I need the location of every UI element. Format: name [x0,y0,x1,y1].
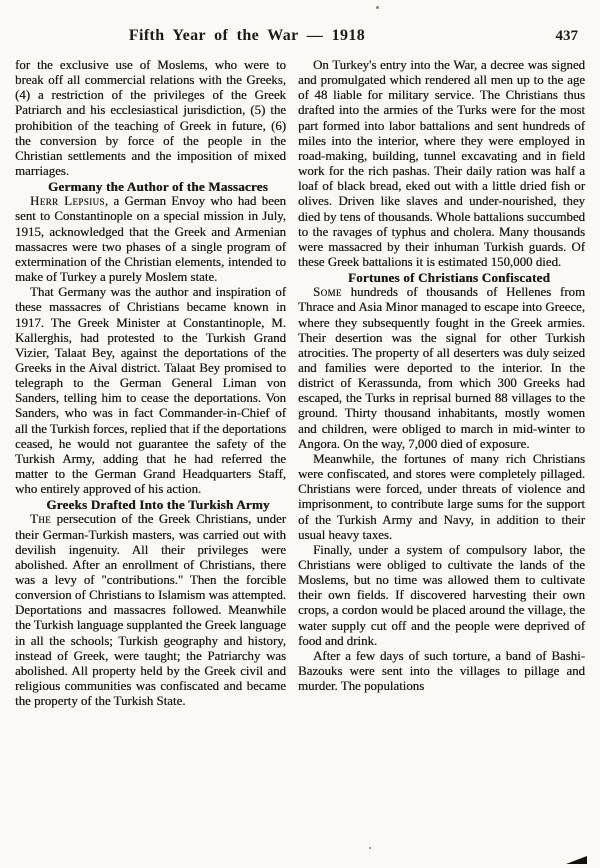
paragraph-text: hundreds of thousands of Hellenes from T… [298,285,585,451]
page-number: 437 [556,28,579,45]
running-head: Fifth Year of the War — 1918 437 [0,27,600,57]
left-column: for the exclusive use of Moslems, who we… [15,58,286,709]
scan-speck [376,6,379,9]
paragraph: Herr Lepsius, a German Envoy who had bee… [15,194,286,285]
section-heading: Fortunes of Christians Confiscated [298,270,585,285]
paragraph: On Turkey's entry into the War, a decree… [298,58,585,270]
paragraph: for the exclusive use of Moslems, who we… [15,58,286,179]
small-caps-lead: The [30,512,51,526]
paragraph: That Germany was the author and inspirat… [15,285,286,497]
scan-speck [369,847,371,849]
text-columns: for the exclusive use of Moslems, who we… [0,58,600,709]
page-corner-artifact-icon [566,856,587,864]
paragraph: Some hundreds of thousands of Hellenes f… [298,285,585,452]
section-heading: Germany the Author of the Massacres [15,179,286,194]
page-title: Fifth Year of the War — 1918 [129,27,365,45]
paragraph-text: persecution of the Greek Christians, und… [15,512,286,708]
small-caps-lead: Some [313,285,342,299]
book-page: Fifth Year of the War — 1918 437 for the… [0,0,600,868]
small-caps-lead: Herr Lepsius [30,194,105,208]
paragraph: Finally, under a system of compulsory la… [298,543,585,649]
paragraph: Meanwhile, the fortunes of many rich Chr… [298,452,585,543]
section-heading: Greeks Drafted Into the Turkish Army [15,497,286,512]
right-column: On Turkey's entry into the War, a decree… [298,58,585,709]
paragraph: After a few days of such torture, a band… [298,649,585,694]
paragraph: The persecution of the Greek Christians,… [15,512,286,709]
